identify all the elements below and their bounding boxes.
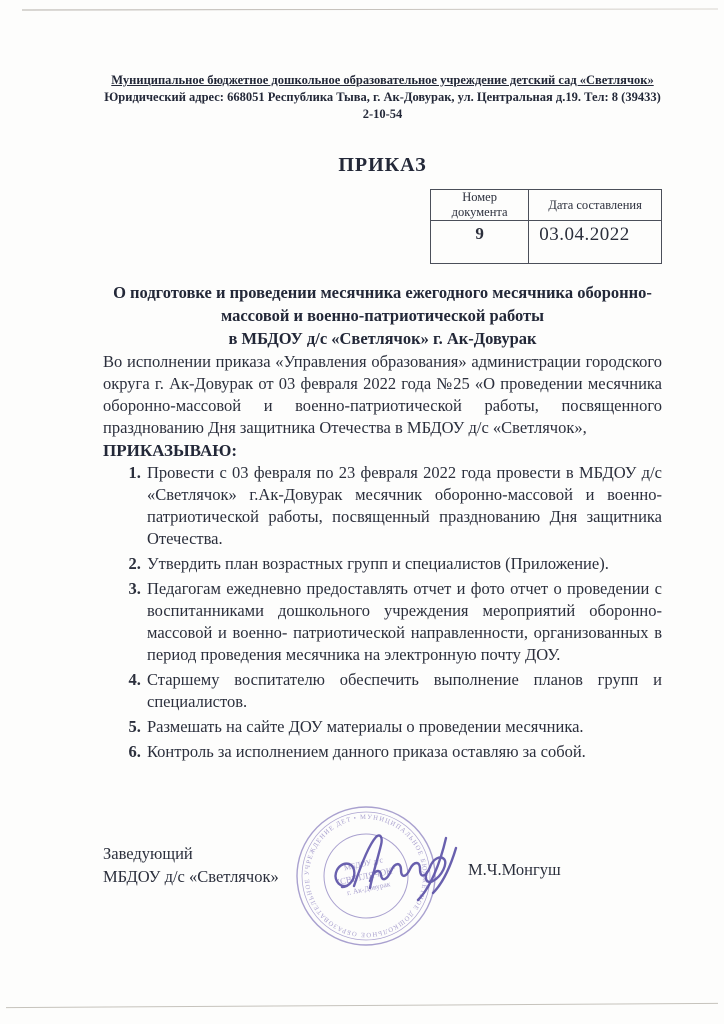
table-value-row: 9 03.04.2022 (431, 221, 662, 264)
organization-name: Муниципальное бюджетное дошкольное образ… (103, 72, 662, 89)
order-item-3: Педагогам ежедневно предоставлять отчет … (145, 578, 662, 666)
doc-date-value: 03.04.2022 (529, 221, 662, 264)
handwritten-signature (332, 824, 482, 919)
order-item-6: Контроль за исполнением данного приказа … (145, 741, 662, 763)
document-meta-table: Номер документа Дата составления 9 03.04… (430, 189, 662, 264)
order-item-1: Провести с 03 февраля по 23 февраля 2022… (145, 462, 662, 550)
doc-number-column-header: Номер документа (431, 190, 529, 221)
document-letterhead: Муниципальное бюджетное дошкольное образ… (103, 72, 662, 123)
signature-section: Заведующий МБДОУ д/с «Светлячок» • МУНИЦ… (0, 796, 724, 1016)
doc-date-column-header: Дата составления (529, 190, 662, 221)
signatory-position: Заведующий МБДОУ д/с «Светлячок» (103, 842, 279, 888)
table-header-row: Номер документа Дата составления (431, 190, 662, 221)
order-item-5: Размешать на сайте ДОУ материалы о прове… (145, 716, 662, 738)
signatory-name: М.Ч.Монгуш (468, 860, 561, 880)
document-title: ПРИКАЗ (103, 153, 662, 177)
document-content: Муниципальное бюджетное дошкольное образ… (0, 0, 724, 763)
order-item-4: Старшему воспитателю обеспечить выполнен… (145, 669, 662, 713)
order-preamble: Во исполнении приказа «Управления образо… (103, 351, 662, 439)
order-verb-heading: ПРИКАЗЫВАЮ: (103, 439, 662, 462)
scanned-order-document: Муниципальное бюджетное дошкольное образ… (0, 0, 724, 1024)
order-item-2: Утвердить план возрастных групп и специа… (145, 553, 662, 575)
doc-number-value: 9 (431, 221, 529, 264)
order-items-list: Провести с 03 февраля по 23 февраля 2022… (103, 462, 662, 763)
organization-address: Юридический адрес: 668051 Республика Тыв… (103, 89, 662, 123)
subject-line-2: массовой и военно-патриотической работы (103, 304, 662, 327)
signatory-position-line-2: МБДОУ д/с «Светлячок» (103, 865, 279, 888)
order-subject-heading: О подготовке и проведении месячника ежег… (103, 281, 662, 350)
subject-line-1: О подготовке и проведении месячника ежег… (103, 281, 662, 304)
signatory-position-line-1: Заведующий (103, 842, 279, 865)
subject-line-3: в МБДОУ д/с «Светлячок» г. Ак-Довурак (103, 327, 662, 350)
